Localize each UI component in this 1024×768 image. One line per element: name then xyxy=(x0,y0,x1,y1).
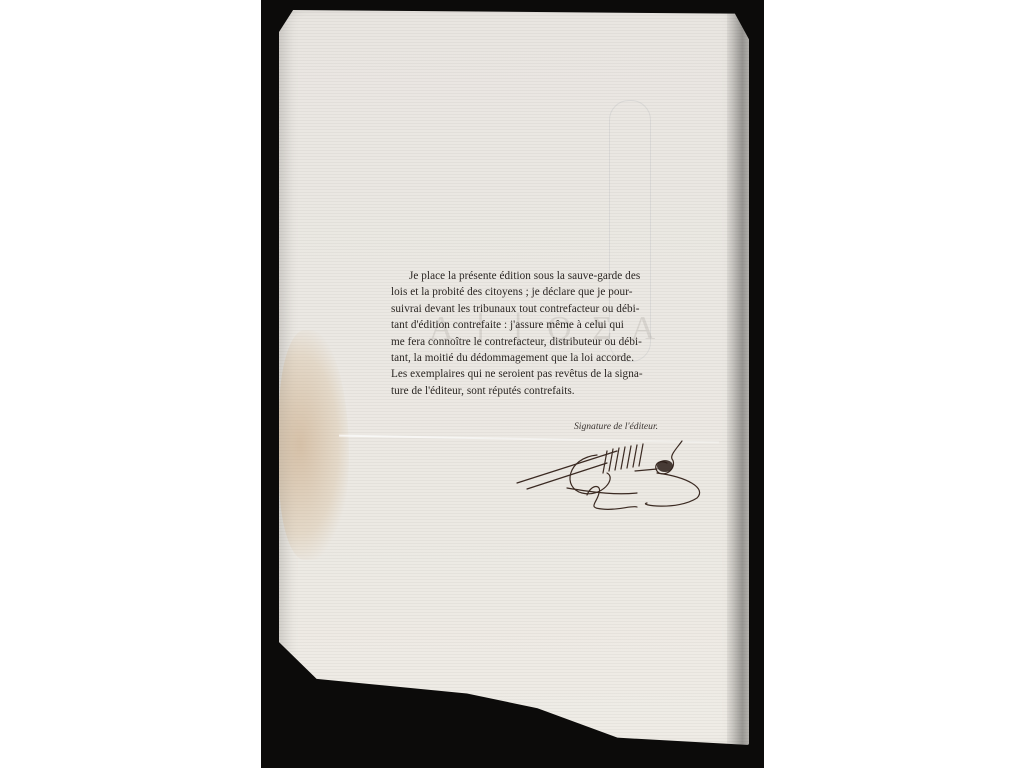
notice-line: suivrai devant les tribunaux tout contre… xyxy=(391,301,721,317)
page-edge-shadow xyxy=(727,10,749,745)
notice-line: me fera connoître le contrefacteur, dist… xyxy=(391,334,721,350)
notice-line: tant, la moitié du dédommagement que la … xyxy=(391,350,721,366)
handwritten-signature-icon xyxy=(507,433,717,513)
notice-line: lois et la probité des citoyens ; je déc… xyxy=(391,284,721,300)
paper-page: A ∣ ∣ Q Ʃ A Je place la présente édition… xyxy=(279,10,749,745)
signature-label: Signature de l'éditeur. xyxy=(574,421,658,432)
scan-background: A ∣ ∣ Q Ʃ A Je place la présente édition… xyxy=(261,0,764,768)
notice-line: Les exemplaires qui ne seroient pas revê… xyxy=(391,366,721,382)
notice-line: ture de l'éditeur, sont réputés contrefa… xyxy=(391,383,721,399)
notice-line: tant d'édition contrefaite : j'assure mê… xyxy=(391,317,721,333)
notice-line: Je place la présente édition sous la sau… xyxy=(391,268,721,284)
publisher-notice: Je place la présente édition sous la sau… xyxy=(391,268,721,399)
water-stain xyxy=(279,330,349,560)
